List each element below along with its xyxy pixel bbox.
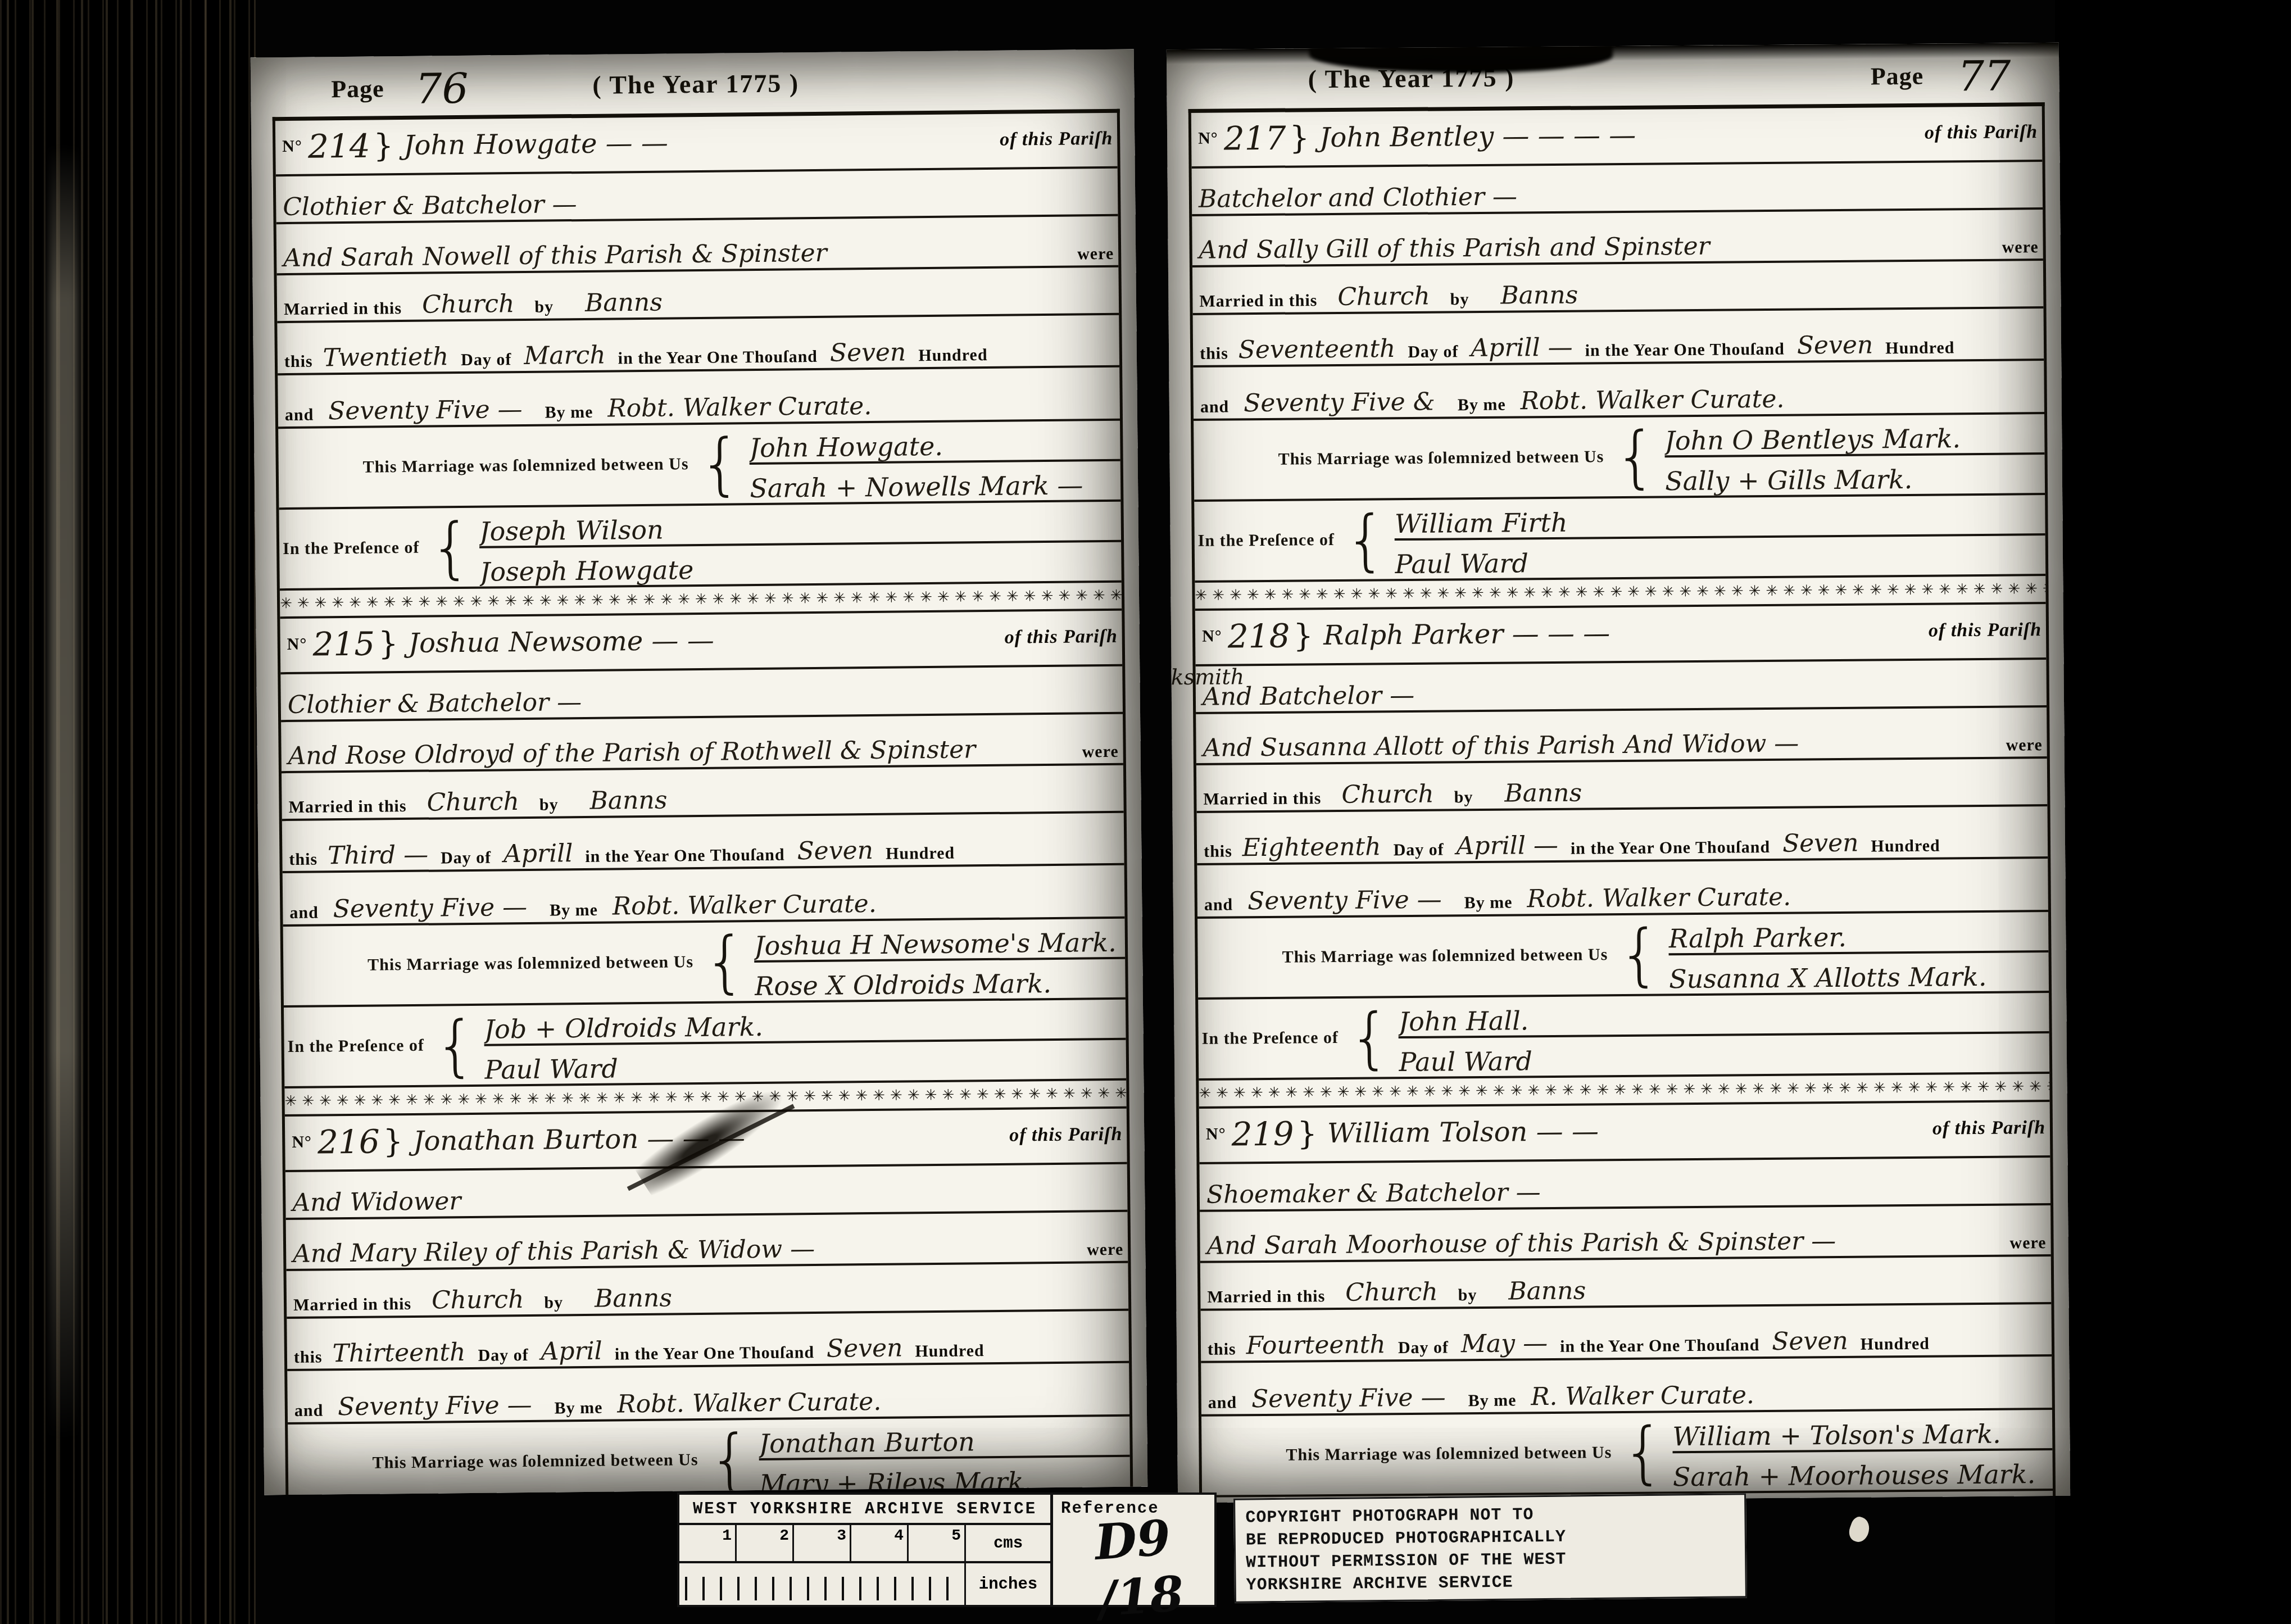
bride-signature: Susanna X Allotts Mark. [1669,963,1987,993]
bride-signature: Sarah + Nowells Mark — [750,471,1083,502]
of-this-parish-label: of this Pariſh [1004,626,1117,648]
seven-value: Seven [1797,332,1873,359]
year-curate-row: and Seventy Five & By me Robt. Walker Cu… [1193,361,2044,421]
year-title: ( The Year 1775 ) [592,68,799,100]
no-label: N° [1202,627,1222,646]
this-label: this [294,1348,323,1367]
bride-row: And Sally Gill of this Parish and Spinst… [1192,210,2043,267]
book-spine [0,0,256,1624]
cm-mark: 2 [779,1527,789,1545]
cm-cell: 5 [909,1525,966,1561]
presence-label: In the Preſence of [1198,530,1335,551]
solemnized-row: This Marriage was ſolemnized between Us … [1201,1410,2053,1498]
solemnized-brace: { [703,923,747,1001]
married-in-this-label: Married in this [1199,291,1317,311]
archive-service-label: WEST YORKSHIRE ARCHIVE SERVICE 1 2 3 4 5… [677,1493,1217,1607]
date-row: this Twentieth Day of March in the Year … [277,315,1119,375]
bride-signature-line: Mary + Rileys Mark. [759,1457,1130,1495]
banns-value: Banns [585,289,663,316]
page-76-content: Page 76 ( The Year 1775 ) N° 214 } John … [251,49,1147,1495]
presence-brace: { [1348,999,1391,1077]
hundred-label: Hundred [918,346,987,365]
seven-value: Seven [1772,1328,1848,1355]
witness2-line: Paul Ward [1395,536,2045,579]
margin-note-occupation: Blacksmith [1167,665,1208,690]
occupation-row: Clothier & Batchelor — [280,666,1123,722]
solemnized-label: This Marriage was ſolemnized between Us [363,455,689,477]
in-the-year-label: in the Year One Thouſand [1585,340,1785,361]
this-label: this [284,352,313,371]
witness2-signature: Paul Ward [1399,1047,1532,1076]
witness-stack: Joseph Wilson Joseph Howgate [479,502,1122,587]
by-label: by [1458,1286,1477,1305]
in-the-year-label: in the Year One Thouſand [618,347,818,368]
solemnized-row: This Marriage was ſolemnized between Us … [1197,912,2049,1000]
of-this-parish-label: of this Pariſh [1925,121,2038,144]
cm-mark: 3 [837,1527,846,1545]
signature-stack: William + Tolson's Mark. Sarah + Moorhou… [1672,1410,2053,1491]
occupation-row: And Batchelor — [1195,660,2047,714]
entry-number: 219 [1231,1117,1294,1151]
by-me-label: By me [555,1399,603,1418]
married-in-this-label: Married in this [284,299,402,319]
marriage-entry-218: Blacksmith N° 218 } Ralph Parker — — — o… [1195,604,2050,1081]
groom-occupation: Clothier & Batchelor — [283,192,577,220]
and-label: and [294,1401,324,1420]
groom-name: Jonathan Burton — — — [413,1124,745,1155]
bride-signature-line: Susanna X Allotts Mark. [1669,952,2049,994]
no-label: N° [1198,129,1218,148]
hundred-label: Hundred [1861,1335,1930,1354]
signature-stack: John O Bentleys Mark. Sally + Gills Mark… [1664,414,2045,496]
book-spine-highlight [49,146,78,1439]
by-me-label: By me [545,403,593,423]
this-label: this [1200,344,1228,363]
day-of-label: Day of [1408,342,1458,362]
seven-value: Seven [1782,830,1859,856]
hundred-label: Hundred [1885,338,1954,358]
groom-name: John Bentley — — — — [1319,121,1636,152]
were-label: were [1082,742,1118,762]
by-me-label: By me [1458,396,1506,415]
signature-stack: Jonathan Burton Mary + Rileys Mark. [759,1417,1130,1495]
cm-mark: 1 [722,1527,732,1545]
seventy-five-value: Seventy Five — [328,397,523,425]
married-row: Married in this Church by Banns [1192,261,2044,315]
church-value: Church [432,1287,524,1314]
bride-signature-line: Sally + Gills Mark. [1665,455,2045,496]
presence-row: In the Preſence of { William Firth Paul … [1194,495,2045,583]
curate-signature: Robt. Walker Curate. [1520,386,1784,414]
presence-brace: { [429,509,472,587]
groom-signature-line: William + Tolson's Mark. [1672,1410,2052,1453]
photo-right-edge [2055,0,2291,1624]
curate-signature: Robt. Walker Curate. [617,1389,881,1418]
entry-brace: } [1289,120,1309,156]
in-the-year-label: in the Year One Thouſand [585,846,785,867]
bride-line: And Sarah Moorhouse of this Parish & Spi… [1206,1228,1836,1259]
church-value: Church [427,789,519,816]
entry-number: 217 [1224,121,1286,156]
groom-occupation: And Widower [292,1188,461,1216]
day-value: Third — [328,842,428,869]
marriage-entry-215: N° 215 } Joshua Newsome — — of this Pari… [280,611,1126,1088]
witness-stack: John Hall. Paul Ward [1398,993,2049,1077]
married-in-this-label: Married in this [288,797,406,817]
entry-brace: } [373,128,393,164]
inch-ticks [679,1563,966,1605]
bride-signature: Mary + Rileys Mark. [759,1468,1032,1495]
entry-number-row: N° 218 } Ralph Parker — — — of this Pari… [1195,604,2047,666]
this-label: this [1204,842,1232,861]
bride-signature-line: Rose X Oldroids Mark. [754,959,1125,1001]
cm-cell: 2 [737,1525,794,1561]
scale-ruler: WEST YORKSHIRE ARCHIVE SERVICE 1 2 3 4 5… [679,1495,1053,1605]
groom-signature: William + Tolson's Mark. [1672,1420,2001,1450]
hundred-label: Hundred [1871,837,1940,856]
entry-number-row: N° 216 } Jonathan Burton — — — of this P… [285,1109,1127,1172]
solemnized-label: This Marriage was ſolemnized between Us [1286,1443,1612,1465]
by-label: by [544,1293,563,1312]
marriage-entry-216: N° 216 } Jonathan Burton — — — of this P… [285,1109,1131,1495]
curate-signature: Robt. Walker Curate. [613,891,877,920]
day-value: Seventeenth [1238,336,1396,363]
solemnized-row: This Marriage was ſolemnized between Us … [283,919,1126,1008]
bride-line: And Sally Gill of this Parish and Spinst… [1199,234,1709,264]
presence-label: In the Preſence of [1202,1028,1339,1049]
no-label: N° [282,137,302,156]
bride-line: And Susanna Allott of this Parish And Wi… [1203,731,1799,761]
groom-name: John Howgate — — [403,129,668,160]
cm-cell: 1 [679,1525,737,1561]
occupation-row: Shoemaker & Batchelor — [1199,1158,2050,1212]
date-row: this Seventeenth Day of Aprill — in the … [1193,309,2044,368]
and-label: and [285,406,314,425]
by-me-label: By me [1464,893,1512,913]
groom-signature: John Howgate. [749,433,943,462]
no-label: N° [292,1133,312,1152]
marriage-entry-214: N° 214 } John Howgate — — of this Pariſh… [275,113,1122,591]
were-label: were [2006,736,2042,755]
day-of-label: Day of [478,1346,528,1366]
groom-occupation: Batchelor and Clothier — [1199,184,1517,212]
bride-signature: Sally + Gills Mark. [1665,466,1913,495]
seven-value: Seven [827,1335,903,1362]
by-label: by [539,795,559,814]
seven-value: Seven [830,339,906,366]
signature-stack: John Howgate. Sarah + Nowells Mark — [749,421,1120,503]
were-label: were [2002,238,2038,257]
married-in-this-label: Married in this [293,1295,411,1315]
married-row: Married in this Church by Banns [1200,1256,2052,1311]
presence-row: In the Preſence of { Job + Oldroids Mark… [284,1000,1126,1088]
signature-stack: Ralph Parker. Susanna X Allotts Mark. [1668,912,2049,994]
and-label: and [289,904,319,923]
married-in-this-label: Married in this [1203,789,1321,809]
banns-value: Banns [589,787,667,814]
inch-ruler-row: inches [679,1563,1050,1605]
cm-mark: 5 [951,1527,961,1545]
day-value: Twentieth [323,344,448,371]
archive-service-title: WEST YORKSHIRE ARCHIVE SERVICE [679,1495,1050,1525]
entry-number: 215 [312,627,375,661]
witness2-signature: Paul Ward [484,1055,618,1083]
by-me-label: By me [1468,1391,1516,1410]
groom-occupation: Clothier & Batchelor — [288,689,582,718]
presence-row: In the Preſence of { John Hall. Paul War… [1198,993,2049,1081]
entry-number: 214 [308,129,370,164]
in-the-year-label: in the Year One Thouſand [1571,838,1770,859]
photo-artifact [1847,1515,1873,1545]
curate-signature: Robt. Walker Curate. [1527,884,1791,912]
witness-stack: Job + Oldroids Mark. Paul Ward [484,1000,1126,1085]
entry-number-row: N° 215 } Joshua Newsome — — of this Pari… [280,611,1122,674]
occupation-row: Clothier & Batchelor — [276,169,1118,224]
no-label: N° [287,635,307,654]
year-curate-row: and Seventy Five — By me Robt. Walker Cu… [287,1363,1129,1425]
witness1-signature: Joseph Wilson [479,516,664,545]
by-me-label: By me [550,901,598,920]
page-76-entries: N° 214 } John Howgate — — of this Pariſh… [273,109,1134,1495]
of-this-parish-label: of this Pariſh [1009,1124,1122,1146]
day-of-label: Day of [461,350,511,370]
bride-row: And Rose Oldroyd of the Parish of Rothwe… [281,714,1123,773]
by-label: by [534,297,554,316]
bride-signature-line: Sarah + Nowells Mark — [750,461,1120,503]
seventy-five-value: Seventy Five — [333,895,527,923]
witness2-signature: Paul Ward [1395,550,1528,578]
married-row: Married in this Church by Banns [282,765,1124,821]
marriage-entry-219: N° 219 } William Tolson — — of this Pari… [1199,1102,2054,1503]
witness1-line: John Hall. [1398,993,2049,1038]
in-the-year-label: in the Year One Thouſand [615,1343,815,1364]
page-number: 76 [415,65,469,114]
solemnized-brace: { [1614,418,1657,496]
solemnized-brace: { [698,425,742,503]
cm-unit-label: cms [966,1525,1050,1561]
and-label: and [1200,397,1230,416]
month-value: Aprill [503,841,573,867]
witness1-signature: Job + Oldroids Mark. [484,1013,763,1043]
groom-signature: Ralph Parker. [1668,924,1847,952]
bride-signature-line: Sarah + Moorhouses Mark. [1673,1450,2053,1491]
date-row: this Thirteenth Day of April in the Year… [287,1311,1129,1371]
register-page-76: Page 76 ( The Year 1775 ) N° 214 } John … [251,49,1147,1495]
entry-brace: } [378,625,398,662]
cm-ruler-row: 1 2 3 4 5 cms [679,1525,1050,1563]
year-curate-row: and Seventy Five — By me Robt. Walker Cu… [1197,859,2048,919]
page-77-content: ( The Year 1775 ) Page 77 N° 217 } John … [1167,43,2070,1503]
seventy-five-value: Seventy Five — [338,1392,532,1421]
were-label: were [2009,1233,2046,1253]
seventy-five-value: Seventy Five — [1247,887,1442,914]
bride-row: And Susanna Allott of this Parish And Wi… [1196,707,2047,765]
this-label: this [289,850,317,869]
seventy-five-value: Seventy Five & [1244,389,1435,416]
register-page-77: ( The Year 1775 ) Page 77 N° 217 } John … [1167,43,2070,1503]
witness2-line: Paul Ward [1399,1033,2049,1077]
page-76-header: Page 76 ( The Year 1775 ) [272,55,1120,117]
witness2-line: Joseph Howgate [479,542,1121,587]
cm-cells: 1 2 3 4 5 [679,1525,966,1561]
cm-cell: 4 [851,1525,909,1561]
groom-occupation: Shoemaker & Batchelor — [1206,1180,1541,1208]
presence-brace: { [434,1006,477,1085]
were-label: were [1087,1240,1123,1260]
bride-line: And Sarah Nowell of this Parish & Spinst… [283,241,827,271]
groom-signature: Joshua H Newsome's Mark. [754,929,1117,959]
by-label: by [1454,788,1473,807]
marriage-entry-217: N° 217 } John Bentley — — — — of this Pa… [1191,106,2046,583]
curate-signature: R. Walker Curate. [1531,1382,1754,1410]
solemnized-brace: { [1622,1413,1665,1492]
solemnized-row: This Marriage was ſolemnized between Us … [278,421,1120,510]
date-row: this Eighteenth Day of Aprill — in the Y… [1197,806,2048,865]
reference-area: Reference D9 /18 [1053,1495,1214,1605]
signature-stack: Joshua H Newsome's Mark. Rose X Oldroids… [754,919,1126,1001]
married-row: Married in this Church by Banns [286,1263,1128,1319]
entry-number: 218 [1228,619,1290,654]
curate-signature: Robt. Walker Curate. [607,393,872,422]
presence-brace: { [1344,501,1387,579]
copyright-line: YORKSHIRE ARCHIVE SERVICE [1246,1569,1735,1596]
banns-value: Banns [595,1285,672,1312]
witness1-line: Job + Oldroids Mark. [484,1000,1126,1046]
no-label: N° [1206,1125,1226,1144]
of-this-parish-label: of this Pariſh [1932,1117,2045,1140]
date-row: this Third — Day of Aprill in the Year O… [282,813,1124,873]
witness1-line: William Firth [1394,495,2045,541]
this-label: this [1208,1340,1236,1359]
solemnized-brace: { [708,1421,752,1495]
church-value: Church [422,291,515,318]
month-value: Aprill — [1471,334,1573,361]
date-row: this Fourteenth Day of May — in the Year… [1201,1304,2052,1363]
entry-number-row: N° 219 } William Tolson — — of this Pari… [1199,1102,2050,1164]
solemnized-label: This Marriage was ſolemnized between Us [368,952,693,975]
hundred-label: Hundred [915,1341,984,1361]
copyright-stamp: COPYRIGHT PHOTOGRAPH NOT TO BE REPRODUCE… [1233,1493,1747,1603]
bride-signature: Sarah + Moorhouses Mark. [1673,1460,2036,1490]
of-this-parish-label: of this Pariſh [1000,128,1113,151]
seven-value: Seven [797,838,873,864]
church-value: Church [1341,781,1434,808]
of-this-parish-label: of this Pariſh [1929,619,2042,642]
church-value: Church [1337,283,1430,310]
page-label: Page [331,74,384,103]
bride-signature: Rose X Oldroids Mark. [755,970,1052,1000]
occupation-row: And Widower [285,1164,1128,1220]
year-curate-row: and Seventy Five — By me Robt. Walker Cu… [278,368,1120,429]
occupation-row: Batchelor and Clothier — [1192,162,2043,216]
groom-signature-line: John O Bentleys Mark. [1664,414,2044,457]
church-value: Church [1345,1279,1438,1305]
month-value: March [524,342,606,369]
reference-value: D9 /18 [1093,1508,1191,1624]
married-row: Married in this Church by Banns [276,267,1119,323]
entry-number-row: N° 214 } John Howgate — — of this Pariſh [275,113,1118,176]
groom-name: William Tolson — — [1327,1117,1599,1147]
groom-signature: Jonathan Burton [759,1428,975,1457]
entry-brace: } [383,1123,403,1160]
solemnized-row: This Marriage was ſolemnized between Us … [288,1417,1130,1495]
and-label: and [1208,1393,1237,1412]
month-value: Aprill — [1456,833,1558,860]
cm-cell: 3 [794,1525,851,1561]
banns-value: Banns [1508,1278,1586,1304]
year-curate-row: and Seventy Five — By me Robt. Walker Cu… [283,865,1125,927]
solemnized-row: This Marriage was ſolemnized between Us … [1194,414,2045,502]
in-the-year-label: in the Year One Thouſand [1560,1336,1759,1357]
page-label: Page [1871,62,1924,91]
entry-brace: } [1293,618,1313,654]
register-photograph: Page 76 ( The Year 1775 ) N° 214 } John … [0,0,2291,1624]
groom-name: Ralph Parker — — — [1323,619,1610,650]
month-value: April [541,1339,602,1365]
presence-label: In the Preſence of [283,538,420,559]
solemnized-brace: { [1618,915,1661,994]
by-label: by [1450,290,1469,309]
married-in-this-label: Married in this [1207,1287,1325,1307]
day-value: Thirteenth [332,1340,465,1367]
and-label: and [1204,895,1233,914]
groom-signature-line: Joshua H Newsome's Mark. [754,919,1126,963]
banns-value: Banns [1504,780,1582,806]
bride-row: And Sarah Nowell of this Parish & Spinst… [276,216,1119,275]
page-77-entries: N° 217 } John Bentley — — — — of this Pa… [1188,102,2056,1503]
groom-signature-line: John Howgate. [749,421,1120,465]
presence-row: In the Preſence of { Joseph Wilson Josep… [279,502,1121,591]
cm-mark: 4 [894,1527,904,1545]
married-row: Married in this Church by Banns [1196,759,2048,813]
witness-stack: William Firth Paul Ward [1394,495,2045,579]
solemnized-label: This Marriage was ſolemnized between Us [1278,447,1604,469]
day-value: Fourteenth [1246,1332,1385,1359]
bride-line: And Rose Oldroyd of the Parish of Rothwe… [288,737,976,769]
day-of-label: Day of [1393,840,1444,860]
groom-signature-line: Jonathan Burton [759,1417,1130,1460]
groom-name: Joshua Newsome — — [409,627,714,658]
day-value: Eighteenth [1242,834,1381,861]
groom-signature: John O Bentleys Mark. [1664,425,1961,454]
banns-value: Banns [1500,282,1578,309]
page-number: 77 [1958,52,2011,101]
witness2-line: Paul Ward [484,1040,1126,1085]
entry-brace: } [1297,1115,1317,1152]
witness1-signature: William Firth [1395,509,1568,537]
bride-row: And Sarah Moorhouse of this Parish & Spi… [1200,1205,2051,1263]
inch-unit-label: inches [966,1563,1050,1605]
hundred-label: Hundred [886,844,955,864]
year-curate-row: and Seventy Five — By me R. Walker Curat… [1201,1357,2052,1417]
witness1-line: Joseph Wilson [479,502,1121,548]
entry-number-row: N° 217 } John Bentley — — — — of this Pa… [1191,106,2043,169]
groom-signature-line: Ralph Parker. [1668,912,2048,955]
solemnized-label: This Marriage was ſolemnized between Us [1282,945,1608,967]
witness1-signature: John Hall. [1399,1007,1529,1035]
witness2-signature: Joseph Howgate [480,556,694,586]
were-label: were [1077,244,1114,264]
day-of-label: Day of [441,849,491,868]
bride-line: And Mary Riley of this Parish & Widow — [293,1236,815,1267]
bride-row: And Mary Riley of this Parish & Widow — … [286,1212,1128,1271]
solemnized-label: This Marriage was ſolemnized between Us [373,1450,698,1473]
entry-number: 216 [317,1124,380,1159]
day-of-label: Day of [1398,1338,1449,1358]
presence-label: In the Preſence of [287,1036,424,1056]
month-value: May — [1461,1331,1548,1357]
seventy-five-value: Seventy Five — [1251,1385,1446,1412]
